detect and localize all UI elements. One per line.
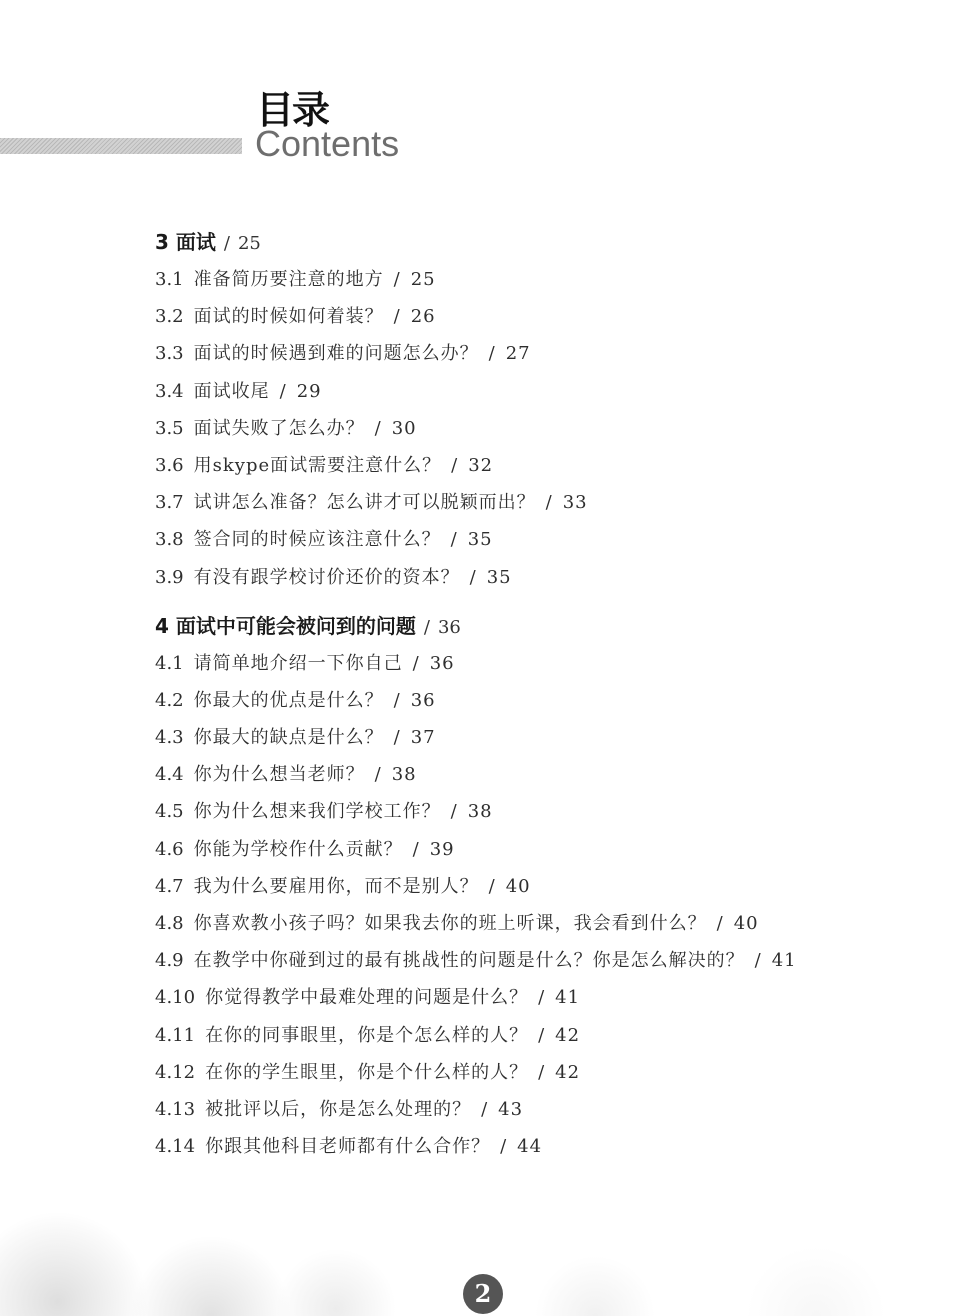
entry-page: 35 — [487, 567, 512, 588]
entry-title: 被批评以后，你是怎么处理的？ — [205, 1099, 471, 1120]
toc-entry-4-13[interactable]: 4.13被批评以后，你是怎么处理的？/43 — [155, 1091, 935, 1128]
toc-entry-4-7[interactable]: 4.7我为什么要雇用你，而不是别人？/40 — [155, 868, 935, 905]
entry-number: 3.6 — [155, 455, 184, 476]
separator: / — [413, 839, 420, 860]
entry-title: 面试失败了怎么办？ — [194, 418, 365, 439]
entry-page: 37 — [411, 727, 436, 748]
entry-title: 用skype面试需要注意什么？ — [194, 455, 442, 476]
separator: / — [424, 617, 430, 638]
entry-title: 签合同的时候应该注意什么？ — [194, 529, 441, 550]
entry-page: 36 — [411, 690, 436, 711]
entry-page: 44 — [517, 1136, 542, 1157]
separator: / — [375, 418, 382, 439]
separator: / — [394, 269, 401, 290]
entry-title: 试讲怎么准备？怎么讲才可以脱颖而出？ — [194, 492, 536, 513]
page-number-badge: 2 — [463, 1274, 503, 1314]
toc-entry-3-3[interactable]: 3.3面试的时候遇到难的问题怎么办？/27 — [155, 335, 935, 372]
section-gap — [155, 596, 935, 608]
separator: / — [394, 690, 401, 711]
entry-title: 面试的时候遇到难的问题怎么办？ — [194, 343, 479, 364]
toc-entry-4-14[interactable]: 4.14你跟其他科目老师都有什么合作？/44 — [155, 1128, 935, 1165]
entry-page: 30 — [392, 418, 417, 439]
entry-title: 在教学中你碰到过的最有挑战性的问题是什么？你是怎么解决的？ — [194, 950, 745, 971]
separator: / — [394, 727, 401, 748]
toc-entry-4-1[interactable]: 4.1请简单地介绍一下你自己/36 — [155, 645, 935, 682]
toc-entry-4-6[interactable]: 4.6你能为学校作什么贡献？/39 — [155, 831, 935, 868]
table-of-contents: 3 面试/25 3.1准备简历要注意的地方/25 3.2面试的时候如何着装？/2… — [155, 224, 935, 1165]
entry-number: 4.7 — [155, 876, 184, 897]
entry-page: 38 — [392, 764, 417, 785]
entry-title: 面试的时候如何着装？ — [194, 306, 384, 327]
entry-page: 33 — [563, 492, 588, 513]
entry-number: 3.8 — [155, 529, 184, 550]
entry-number: 4.6 — [155, 839, 184, 860]
toc-entry-4-10[interactable]: 4.10你觉得教学中最难处理的问题是什么？/41 — [155, 979, 935, 1016]
separator: / — [470, 567, 477, 588]
entry-number: 4.10 — [155, 987, 195, 1008]
separator: / — [546, 492, 553, 513]
entry-number: 4.11 — [155, 1025, 195, 1046]
entry-title: 有没有跟学校讨价还价的资本？ — [194, 567, 460, 588]
entry-page: 29 — [297, 381, 322, 402]
entry-number: 4.13 — [155, 1099, 195, 1120]
toc-entry-3-9[interactable]: 3.9有没有跟学校讨价还价的资本？/35 — [155, 559, 935, 596]
page-title-english: Contents — [255, 124, 399, 164]
entry-title: 你跟其他科目老师都有什么合作？ — [205, 1136, 490, 1157]
separator: / — [755, 950, 762, 971]
entry-page: 26 — [411, 306, 436, 327]
toc-entry-3-2[interactable]: 3.2面试的时候如何着装？/26 — [155, 298, 935, 335]
entry-number: 4.8 — [155, 913, 184, 934]
entry-title: 你能为学校作什么贡献？ — [194, 839, 403, 860]
separator: / — [451, 455, 458, 476]
chapter-number: 4 — [155, 614, 169, 638]
entry-number: 4.5 — [155, 801, 184, 822]
separator: / — [451, 801, 458, 822]
entry-page: 32 — [468, 455, 493, 476]
toc-entry-4-5[interactable]: 4.5你为什么想来我们学校工作？/38 — [155, 793, 935, 830]
chapter-number: 3 — [155, 230, 169, 254]
entry-number: 4.1 — [155, 653, 184, 674]
toc-entry-4-8[interactable]: 4.8你喜欢教小孩子吗？如果我去你的班上听课，我会看到什么？/40 — [155, 905, 935, 942]
entry-page: 25 — [411, 269, 436, 290]
entry-number: 4.3 — [155, 727, 184, 748]
separator: / — [538, 1062, 545, 1083]
entry-title: 你喜欢教小孩子吗？如果我去你的班上听课，我会看到什么？ — [194, 913, 707, 934]
entry-page: 42 — [555, 1062, 580, 1083]
toc-entry-3-4[interactable]: 3.4面试收尾/29 — [155, 373, 935, 410]
separator: / — [394, 306, 401, 327]
chapter-title: 面试 — [176, 230, 216, 254]
separator: / — [489, 343, 496, 364]
entry-page: 27 — [506, 343, 531, 364]
toc-entry-3-8[interactable]: 3.8签合同的时候应该注意什么？/35 — [155, 521, 935, 558]
entry-page: 39 — [430, 839, 455, 860]
toc-entry-4-3[interactable]: 4.3你最大的缺点是什么？/37 — [155, 719, 935, 756]
chapter-page: 25 — [238, 233, 261, 254]
entry-number: 3.7 — [155, 492, 184, 513]
entry-number: 3.3 — [155, 343, 184, 364]
entry-number: 3.5 — [155, 418, 184, 439]
separator: / — [500, 1136, 507, 1157]
chapter-title: 面试中可能会被问到的问题 — [176, 614, 416, 638]
entry-page: 38 — [468, 801, 493, 822]
entry-number: 4.14 — [155, 1136, 195, 1157]
separator: / — [481, 1099, 488, 1120]
entry-title: 你觉得教学中最难处理的问题是什么？ — [205, 987, 528, 1008]
entry-title: 请简单地介绍一下你自己 — [194, 653, 403, 674]
entry-number: 3.4 — [155, 381, 184, 402]
toc-chapter-4[interactable]: 4 面试中可能会被问到的问题/36 — [155, 608, 935, 645]
toc-entry-4-4[interactable]: 4.4你为什么想当老师？/38 — [155, 756, 935, 793]
separator: / — [224, 233, 230, 254]
entry-number: 3.9 — [155, 567, 184, 588]
toc-entry-4-11[interactable]: 4.11在你的同事眼里，你是个怎么样的人？/42 — [155, 1017, 935, 1054]
separator: / — [489, 876, 496, 897]
toc-entry-3-6[interactable]: 3.6用skype面试需要注意什么？/32 — [155, 447, 935, 484]
separator: / — [375, 764, 382, 785]
entry-page: 40 — [506, 876, 531, 897]
separator: / — [538, 987, 545, 1008]
entry-page: 40 — [734, 913, 759, 934]
entry-page: 43 — [498, 1099, 523, 1120]
separator: / — [451, 529, 458, 550]
entry-title: 在你的学生眼里，你是个什么样的人？ — [205, 1062, 528, 1083]
toc-entry-4-9[interactable]: 4.9在教学中你碰到过的最有挑战性的问题是什么？你是怎么解决的？/41 — [155, 942, 935, 979]
entry-title: 面试收尾 — [194, 381, 270, 402]
toc-entry-3-1[interactable]: 3.1准备简历要注意的地方/25 — [155, 261, 935, 298]
entry-title: 你为什么想来我们学校工作？ — [194, 801, 441, 822]
entry-title: 准备简历要注意的地方 — [194, 269, 384, 290]
header-decorative-bar — [0, 138, 242, 154]
separator: / — [538, 1025, 545, 1046]
separator: / — [413, 653, 420, 674]
entry-page: 41 — [772, 950, 797, 971]
entry-page: 36 — [430, 653, 455, 674]
toc-entry-3-5[interactable]: 3.5面试失败了怎么办？/30 — [155, 410, 935, 447]
toc-entry-3-7[interactable]: 3.7试讲怎么准备？怎么讲才可以脱颖而出？/33 — [155, 484, 935, 521]
entry-number: 3.1 — [155, 269, 184, 290]
entry-number: 4.9 — [155, 950, 184, 971]
entry-title: 在你的同事眼里，你是个怎么样的人？ — [205, 1025, 528, 1046]
chapter-page: 36 — [438, 617, 461, 638]
entry-page: 41 — [555, 987, 580, 1008]
entry-number: 3.2 — [155, 306, 184, 327]
entry-number: 4.12 — [155, 1062, 195, 1083]
separator: / — [717, 913, 724, 934]
toc-entry-4-12[interactable]: 4.12在你的学生眼里，你是个什么样的人？/42 — [155, 1054, 935, 1091]
separator: / — [280, 381, 287, 402]
entry-page: 35 — [468, 529, 493, 550]
entry-title: 你为什么想当老师？ — [194, 764, 365, 785]
entry-title: 你最大的缺点是什么？ — [194, 727, 384, 748]
entry-number: 4.2 — [155, 690, 184, 711]
entry-number: 4.4 — [155, 764, 184, 785]
entry-page: 42 — [555, 1025, 580, 1046]
entry-title: 我为什么要雇用你，而不是别人？ — [194, 876, 479, 897]
entry-title: 你最大的优点是什么？ — [194, 690, 384, 711]
toc-chapter-3[interactable]: 3 面试/25 — [155, 224, 935, 261]
toc-entry-4-2[interactable]: 4.2你最大的优点是什么？/36 — [155, 682, 935, 719]
